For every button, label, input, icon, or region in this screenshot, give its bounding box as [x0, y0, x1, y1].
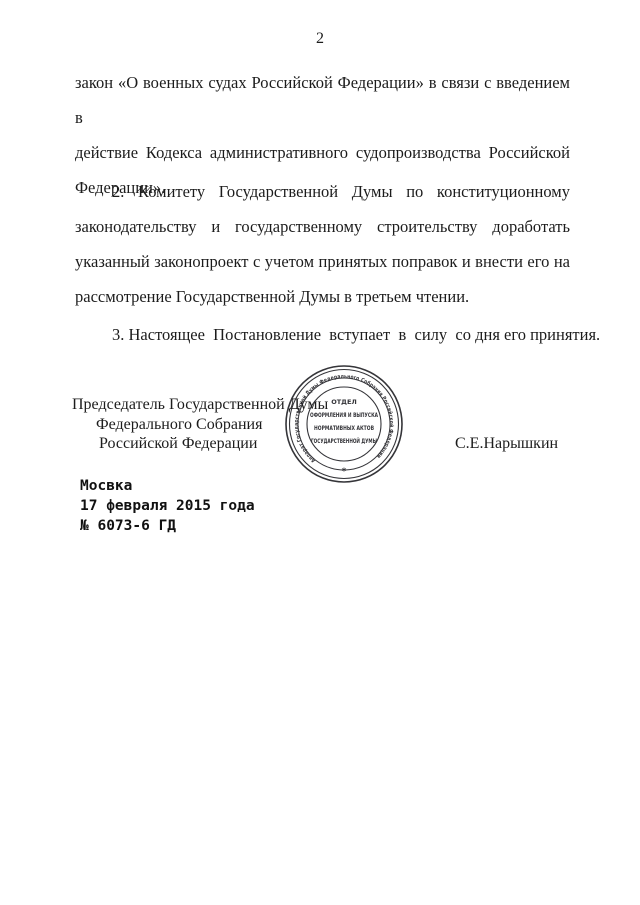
- stamp-center-line: ГОСУДАРСТВЕННОЙ ДУМЫ: [311, 436, 377, 445]
- signatory-name: С.Е.Нарышкин: [455, 434, 558, 453]
- footer-date: 17 февраля 2015 года: [80, 497, 255, 515]
- stamp-center-line: ОФОРМЛЕНИЯ И ВЫПУСКА: [310, 411, 378, 419]
- body-line: действие Кодекса административного судоп…: [75, 135, 570, 170]
- body-line: указанный законопроект с учетом принятых…: [75, 244, 570, 279]
- body-line: закон «О военных судах Российской Федера…: [75, 65, 570, 135]
- body-line: рассмотрение Государственной Думы в трет…: [75, 279, 570, 314]
- official-round-stamp-icon: Аппарат Государственной Думы Федеральног…: [274, 354, 414, 494]
- stamp-star-icon: *: [342, 467, 347, 477]
- paragraph-2: 2. Комитету Государственной Думы по конс…: [75, 174, 570, 314]
- signature-title-line-3: Российской Федерации: [99, 434, 257, 453]
- footer-city: Мосвка: [80, 477, 132, 495]
- document-page: 2 закон «О военных судах Российской Феде…: [0, 0, 640, 905]
- body-line: 3. Настоящее Постановление вступает в си…: [75, 317, 570, 352]
- stamp-center-line: ОТДЕЛ: [331, 398, 357, 406]
- body-line: 2. Комитету Государственной Думы по конс…: [75, 174, 570, 209]
- footer-doc-number: № 6073-6 ГД: [80, 517, 176, 535]
- signature-title-line-2: Федерального Собрания: [96, 415, 262, 434]
- stamp-center-line: НОРМАТИВНЫХ АКТОВ: [314, 424, 374, 432]
- body-line: законодательству и государственному стро…: [75, 209, 570, 244]
- paragraph-3: 3. Настоящее Постановление вступает в си…: [75, 317, 570, 352]
- page-number: 2: [0, 30, 640, 48]
